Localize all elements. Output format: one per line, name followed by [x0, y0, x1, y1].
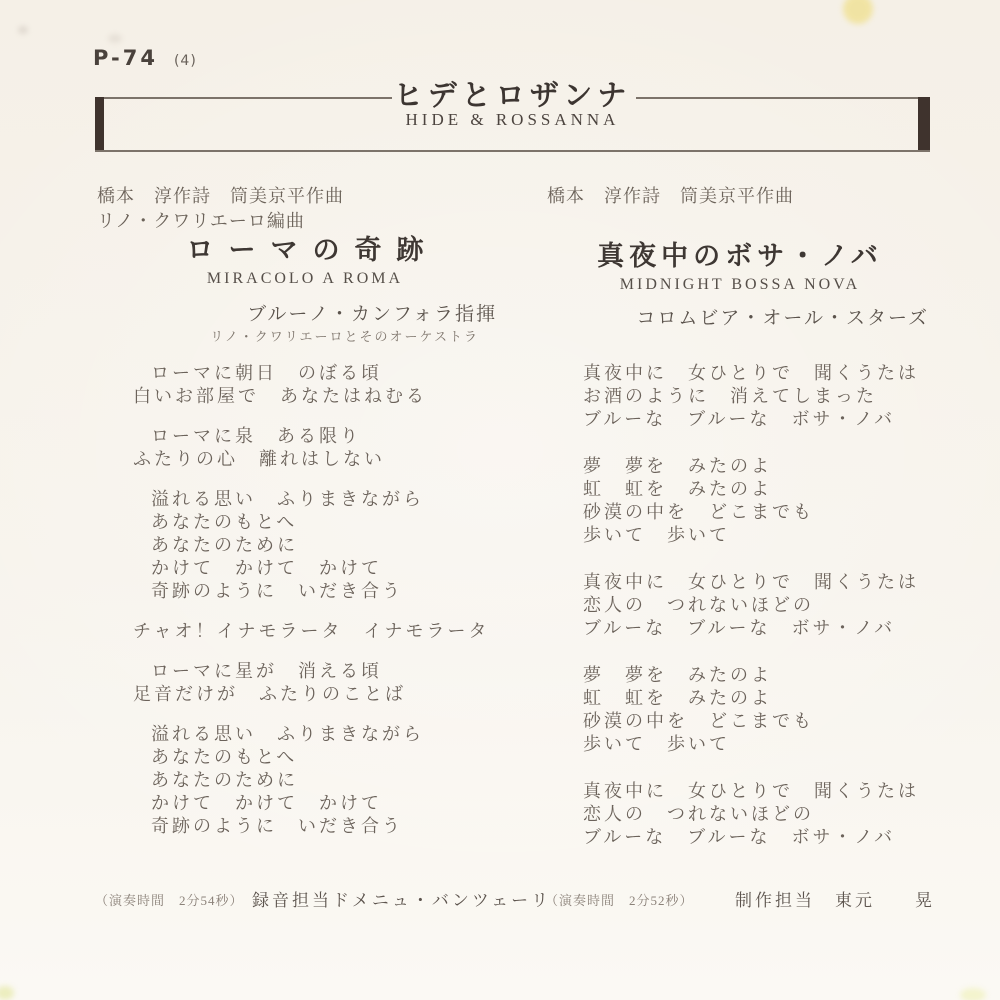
lyric-line: 歩いて 歩いて — [583, 733, 919, 756]
lyric-line: かけて かけて かけて — [151, 792, 489, 815]
lyric-sheet-scan: { "page": { "catalog_number": "P-74", "p… — [0, 0, 1000, 1000]
lyric-verse: ローマに星が 消える頃足音だけが ふたりのことば — [133, 660, 489, 706]
lyric-verse: 溢れる思い ふりまきながらあなたのもとへあなたのためにかけて かけて かけて奇跡… — [133, 488, 489, 603]
left-credit-line: リノ・クワリエーロ編曲 — [97, 209, 344, 234]
right-song-performers: コロムビア・オール・スターズ — [545, 305, 937, 331]
right-song-title-block: 真夜中のボサ・ノバ MIDNIGHT BOSSA NOVA — [545, 240, 935, 296]
lyric-line: 砂漠の中を どこまでも — [583, 710, 919, 733]
page-marker: (4) — [174, 53, 197, 69]
left-orchestra: リノ・クワリエーロとそのオーケストラ — [95, 327, 505, 347]
lyric-line: 夢 夢を みたのよ — [583, 455, 919, 478]
lyric-line: 溢れる思い ふりまきながら — [151, 723, 489, 746]
lyric-line: 奇跡のように いだき合う — [151, 580, 489, 603]
right-song-title-english: MIDNIGHT BOSSA NOVA — [545, 274, 935, 296]
artist-title-block: ヒデとロザンナ HIDE & ROSSANNA — [394, 80, 631, 130]
scan-speck — [18, 26, 28, 34]
lyric-line: 恋人の つれないほどの — [583, 594, 919, 617]
lyric-line: かけて かけて かけて — [151, 557, 489, 580]
lyric-verse: 真夜中に 女ひとりで 聞くうたはお酒のように 消えてしまったブルーな ブルーな … — [583, 362, 919, 431]
banner-bottom-rule — [95, 150, 930, 152]
lyric-line: お酒のように 消えてしまった — [583, 385, 919, 408]
scan-stain — [843, 0, 873, 24]
artist-name-english: HIDE & ROSSANNA — [394, 110, 631, 130]
lyric-verse: 真夜中に 女ひとりで 聞くうたは恋人の つれないほどのブルーな ブルーな ボサ・… — [583, 571, 919, 640]
left-song-staff-credit: 録音担当ドメニュ・バンツェーリ — [252, 886, 551, 911]
scan-stain — [0, 986, 14, 1000]
lyric-line: あなたのために — [151, 534, 489, 557]
lyric-line: 白いお部屋で あなたはねむる — [133, 385, 489, 408]
lyric-verse: 夢 夢を みたのよ虹 虹を みたのよ砂漠の中を どこまでも歩いて 歩いて — [583, 455, 919, 547]
lyric-line: 真夜中に 女ひとりで 聞くうたは — [583, 571, 919, 594]
right-song-title-japanese: 真夜中のボサ・ノバ — [545, 240, 935, 274]
artist-name-japanese: ヒデとロザンナ — [394, 80, 631, 110]
right-song-duration: （演奏時間 2分52秒） — [545, 890, 694, 909]
left-song-credits: 橋本 淳作詩 筒美京平作曲 リノ・クワリエーロ編曲 — [97, 184, 344, 234]
lyric-line: ローマに朝日 のぼる頃 — [151, 362, 489, 385]
lyric-verse: ローマに朝日 のぼる頃白いお部屋で あなたはねむる — [133, 362, 489, 408]
lyric-line: 真夜中に 女ひとりで 聞くうたは — [583, 780, 919, 803]
banner-top-rule-right — [636, 97, 918, 99]
lyric-verse: チャオ！イナモラータ イナモラータ — [133, 620, 489, 643]
banner-left-endbar — [95, 97, 104, 152]
lyric-line: あなたのもとへ — [151, 746, 489, 769]
left-song-title-japanese: ローマの奇跡 — [95, 234, 515, 268]
lyric-verse: 夢 夢を みたのよ虹 虹を みたのよ砂漠の中を どこまでも歩いて 歩いて — [583, 664, 919, 756]
left-song-duration: （演奏時間 2分54秒） — [95, 890, 244, 909]
lyric-verse: ローマに泉 ある限りふたりの心 離れはしない — [133, 425, 489, 471]
left-song-performers: ブルーノ・カンフォラ指揮 リノ・クワリエーロとそのオーケストラ — [95, 301, 505, 347]
lyric-line: ローマに泉 ある限り — [151, 425, 489, 448]
lyric-line: 足音だけが ふたりのことば — [133, 683, 489, 706]
lyric-line: ローマに星が 消える頃 — [151, 660, 489, 683]
lyric-line: 溢れる思い ふりまきながら — [151, 488, 489, 511]
lyric-verse: 溢れる思い ふりまきながらあなたのもとへあなたのためにかけて かけて かけて奇跡… — [133, 723, 489, 838]
lyric-line: 奇跡のように いだき合う — [151, 815, 489, 838]
lyric-line: チャオ！イナモラータ イナモラータ — [133, 620, 489, 643]
right-credit-line: 橋本 淳作詩 筒美京平作曲 — [547, 184, 794, 209]
artist-banner: ヒデとロザンナ HIDE & ROSSANNA — [95, 97, 930, 152]
left-credit-line: 橋本 淳作詩 筒美京平作曲 — [97, 184, 344, 209]
left-conductor: ブルーノ・カンフォラ指揮 — [95, 301, 505, 327]
scan-stain — [960, 988, 986, 1000]
lyric-line: 恋人の つれないほどの — [583, 803, 919, 826]
right-performer: コロムビア・オール・スターズ — [545, 305, 937, 331]
right-song-lyrics: 真夜中に 女ひとりで 聞くうたはお酒のように 消えてしまったブルーな ブルーな … — [583, 362, 919, 873]
right-song-staff-credit: 制作担当 東元 晃 — [735, 886, 935, 911]
lyric-line: ブルーな ブルーな ボサ・ノバ — [583, 617, 919, 640]
left-song-title-block: ローマの奇跡 MIRACOLO A ROMA — [95, 234, 515, 290]
lyric-line: ブルーな ブルーな ボサ・ノバ — [583, 408, 919, 431]
lyric-verse: 真夜中に 女ひとりで 聞くうたは恋人の つれないほどのブルーな ブルーな ボサ・… — [583, 780, 919, 849]
lyric-line: 虹 虹を みたのよ — [583, 687, 919, 710]
lyric-line: 虹 虹を みたのよ — [583, 478, 919, 501]
catalog-number: P-74 — [93, 46, 158, 70]
left-song-lyrics: ローマに朝日 のぼる頃白いお部屋で あなたはねむるローマに泉 ある限りふたりの心… — [133, 362, 489, 855]
lyric-line: ふたりの心 離れはしない — [133, 448, 489, 471]
banner-right-endbar — [918, 97, 930, 152]
scan-speck — [108, 34, 122, 43]
right-song-credits: 橋本 淳作詩 筒美京平作曲 — [547, 184, 794, 209]
left-song-title-english: MIRACOLO A ROMA — [95, 268, 515, 290]
lyric-line: ブルーな ブルーな ボサ・ノバ — [583, 826, 919, 849]
lyric-line: 真夜中に 女ひとりで 聞くうたは — [583, 362, 919, 385]
banner-top-rule-left — [104, 97, 392, 99]
lyric-line: 夢 夢を みたのよ — [583, 664, 919, 687]
lyric-line: あなたのもとへ — [151, 511, 489, 534]
lyric-line: 砂漠の中を どこまでも — [583, 501, 919, 524]
lyric-line: 歩いて 歩いて — [583, 524, 919, 547]
lyric-line: あなたのために — [151, 769, 489, 792]
catalog-number-row: P-74(4) — [93, 46, 197, 70]
